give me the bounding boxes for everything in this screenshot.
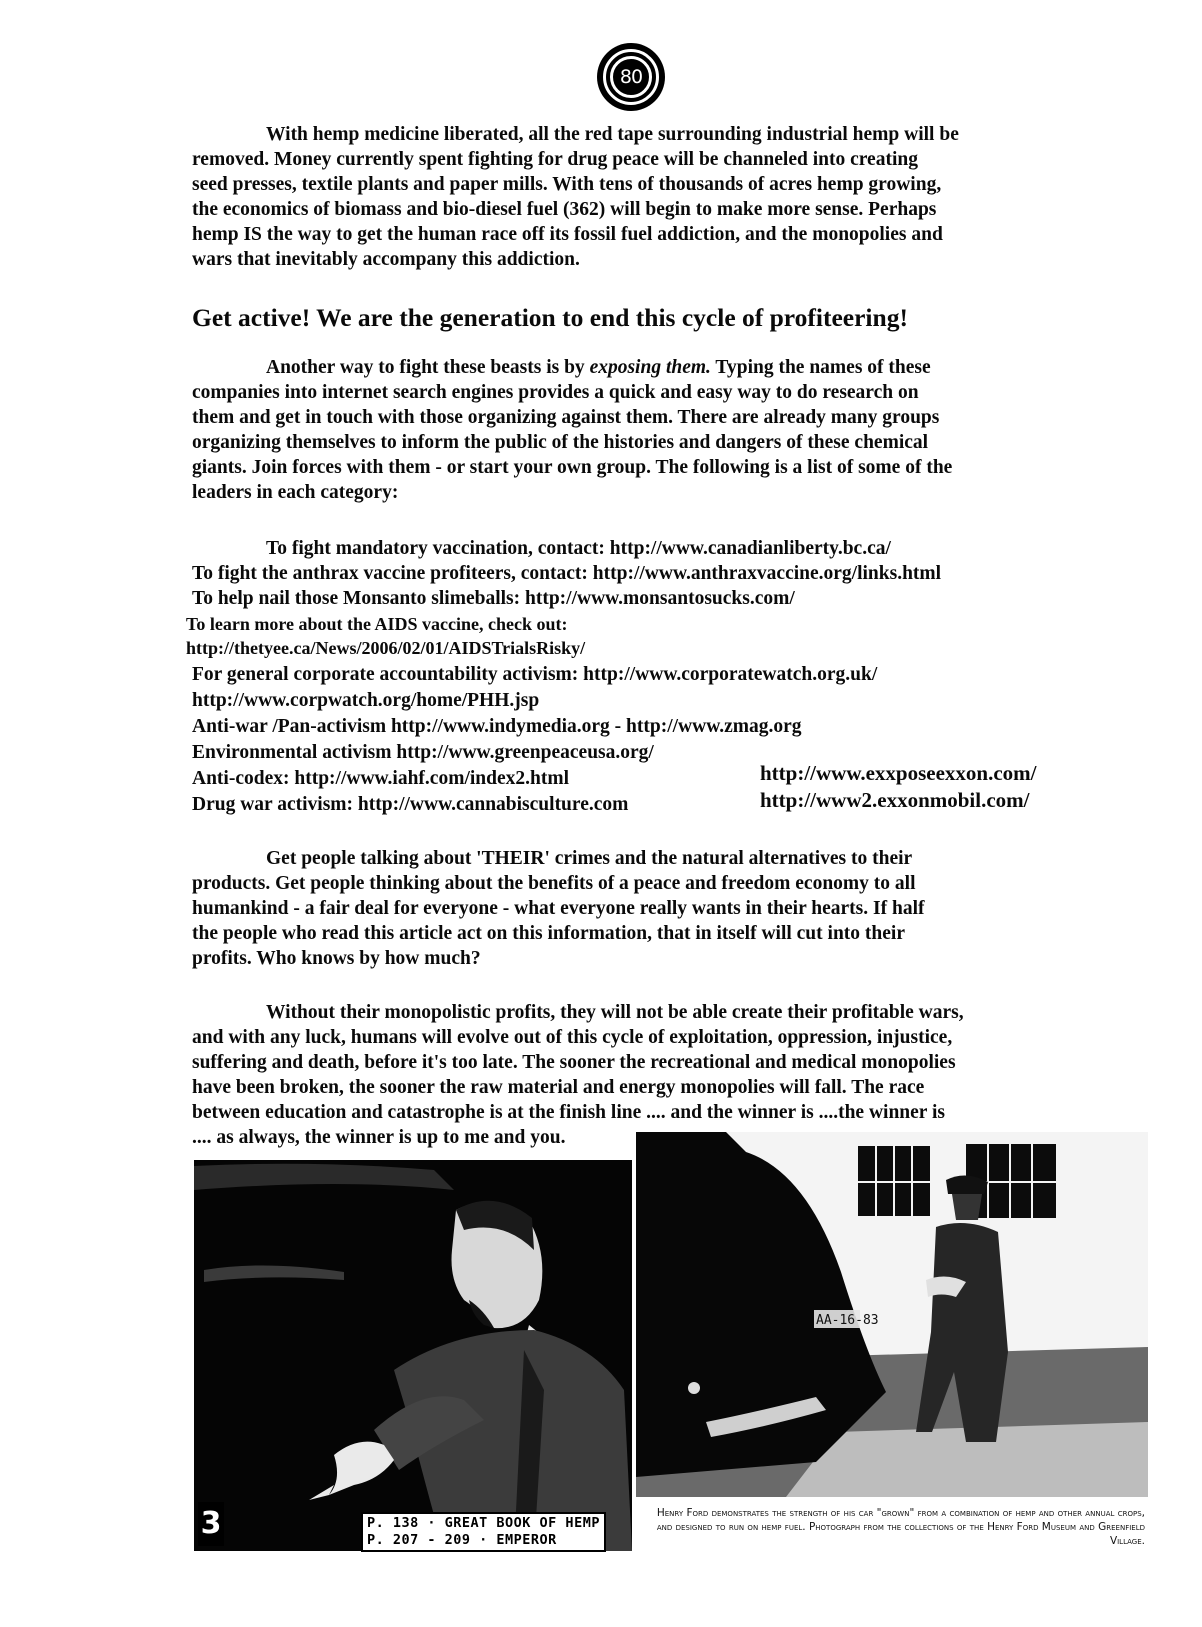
section-heading: Get active! We are the generation to end… — [192, 303, 908, 333]
paragraph-line: hemp IS the way to get the human race of… — [192, 222, 1072, 247]
paragraph-line: and with any luck, humans will evolve ou… — [192, 1025, 1072, 1050]
paragraph-line: the people who read this article act on … — [192, 921, 1072, 946]
resource-anthrax[interactable]: To fight the anthrax vaccine profiteers,… — [192, 561, 941, 586]
line-text: Another way to fight these beasts is by — [266, 357, 590, 378]
resource-antiwar[interactable]: Anti-war /Pan-activism http://www.indyme… — [192, 714, 802, 739]
paragraph-line: seed presses, textile plants and paper m… — [192, 172, 1072, 197]
paragraph-line: Another way to fight these beasts is by … — [192, 355, 1072, 380]
line-text: Typing the names of these — [711, 357, 931, 378]
intro-paragraph: With hemp medicine liberated, all the re… — [192, 122, 1072, 272]
handwritten-reference-note: P. 138 · GREAT BOOK OF HEMP P. 207 - 209… — [361, 1512, 606, 1552]
resource-corporatewatch[interactable]: For general corporate accountability act… — [192, 662, 877, 687]
resource-corpwatch[interactable]: http://www.corpwatch.org/home/PHH.jsp — [192, 688, 539, 713]
paragraph-line: have been broken, the sooner the raw mat… — [192, 1075, 1072, 1100]
photo-man-pointing — [194, 1160, 632, 1551]
paragraph-line: products. Get people thinking about the … — [192, 871, 1072, 896]
paragraph-line: removed. Money currently spent fighting … — [192, 147, 1072, 172]
photo-man-pointing-illustration — [194, 1160, 632, 1551]
paragraph-line: them and get in touch with those organiz… — [192, 405, 1072, 430]
paragraph-line: leaders in each category: — [192, 480, 1072, 505]
badge-outer-ring: 80 — [603, 49, 659, 105]
resource-monsanto[interactable]: To help nail those Monsanto slimeballs: … — [192, 586, 795, 611]
paragraph-line: profits. Who knows by how much? — [192, 946, 1072, 971]
paragraph-line: wars that inevitably accompany this addi… — [192, 247, 1072, 272]
note-line: P. 138 · GREAT BOOK OF HEMP — [367, 1515, 600, 1532]
paragraph-line: suffering and death, before it's too lat… — [192, 1050, 1072, 1075]
license-plate-text: AA-16-83 — [816, 1313, 879, 1328]
paragraph-line: Without their monopolistic profits, they… — [192, 1000, 1072, 1025]
resource-environmental[interactable]: Environmental activism http://www.greenp… — [192, 740, 654, 765]
resource-aids-label: To learn more about the AIDS vaccine, ch… — [186, 612, 568, 637]
exxon-link-expose[interactable]: http://www.exxposeexxon.com/ — [760, 761, 1037, 786]
paragraph-line: giants. Join forces with them - or start… — [192, 455, 1072, 480]
talking-paragraph: Get people talking about 'THEIR' crimes … — [192, 846, 1072, 971]
emphasis-text: exposing them. — [590, 357, 711, 378]
photo-henry-ford-illustration: AA-16-83 — [636, 1132, 1148, 1497]
page-number-badge: 80 — [597, 43, 665, 111]
resource-vaccination[interactable]: To fight mandatory vaccination, contact:… — [266, 536, 891, 561]
page-number: 80 — [620, 66, 642, 88]
resource-aids-link[interactable]: http://thetyee.ca/News/2006/02/01/AIDSTr… — [186, 636, 585, 661]
paragraph-line: the economics of biomass and bio-diesel … — [192, 197, 1072, 222]
closing-paragraph: Without their monopolistic profits, they… — [192, 1000, 1072, 1150]
photo-frame-number: 3 — [198, 1502, 224, 1546]
paragraph-line: humankind - a fair deal for everyone - w… — [192, 896, 1072, 921]
badge-inner-ring: 80 — [610, 56, 652, 98]
photo-henry-ford-car: AA-16-83 — [636, 1132, 1148, 1497]
exposing-paragraph: Another way to fight these beasts is by … — [192, 355, 1072, 505]
paragraph-line: With hemp medicine liberated, all the re… — [192, 122, 1072, 147]
paragraph-line: organizing themselves to inform the publ… — [192, 430, 1072, 455]
note-line: P. 207 - 209 · EMPEROR — [367, 1532, 600, 1549]
resource-anticodex[interactable]: Anti-codex: http://www.iahf.com/index2.h… — [192, 766, 569, 791]
paragraph-line: companies into internet search engines p… — [192, 380, 1072, 405]
photo-caption: Henry Ford demonstrates the strength of … — [650, 1506, 1145, 1548]
paragraph-line: between education and catastrophe is at … — [192, 1100, 1072, 1125]
exxon-link-mobil[interactable]: http://www2.exxonmobil.com/ — [760, 788, 1030, 813]
resource-drugwar[interactable]: Drug war activism: http://www.cannabiscu… — [192, 792, 628, 817]
paragraph-line: Get people talking about 'THEIR' crimes … — [192, 846, 1072, 871]
